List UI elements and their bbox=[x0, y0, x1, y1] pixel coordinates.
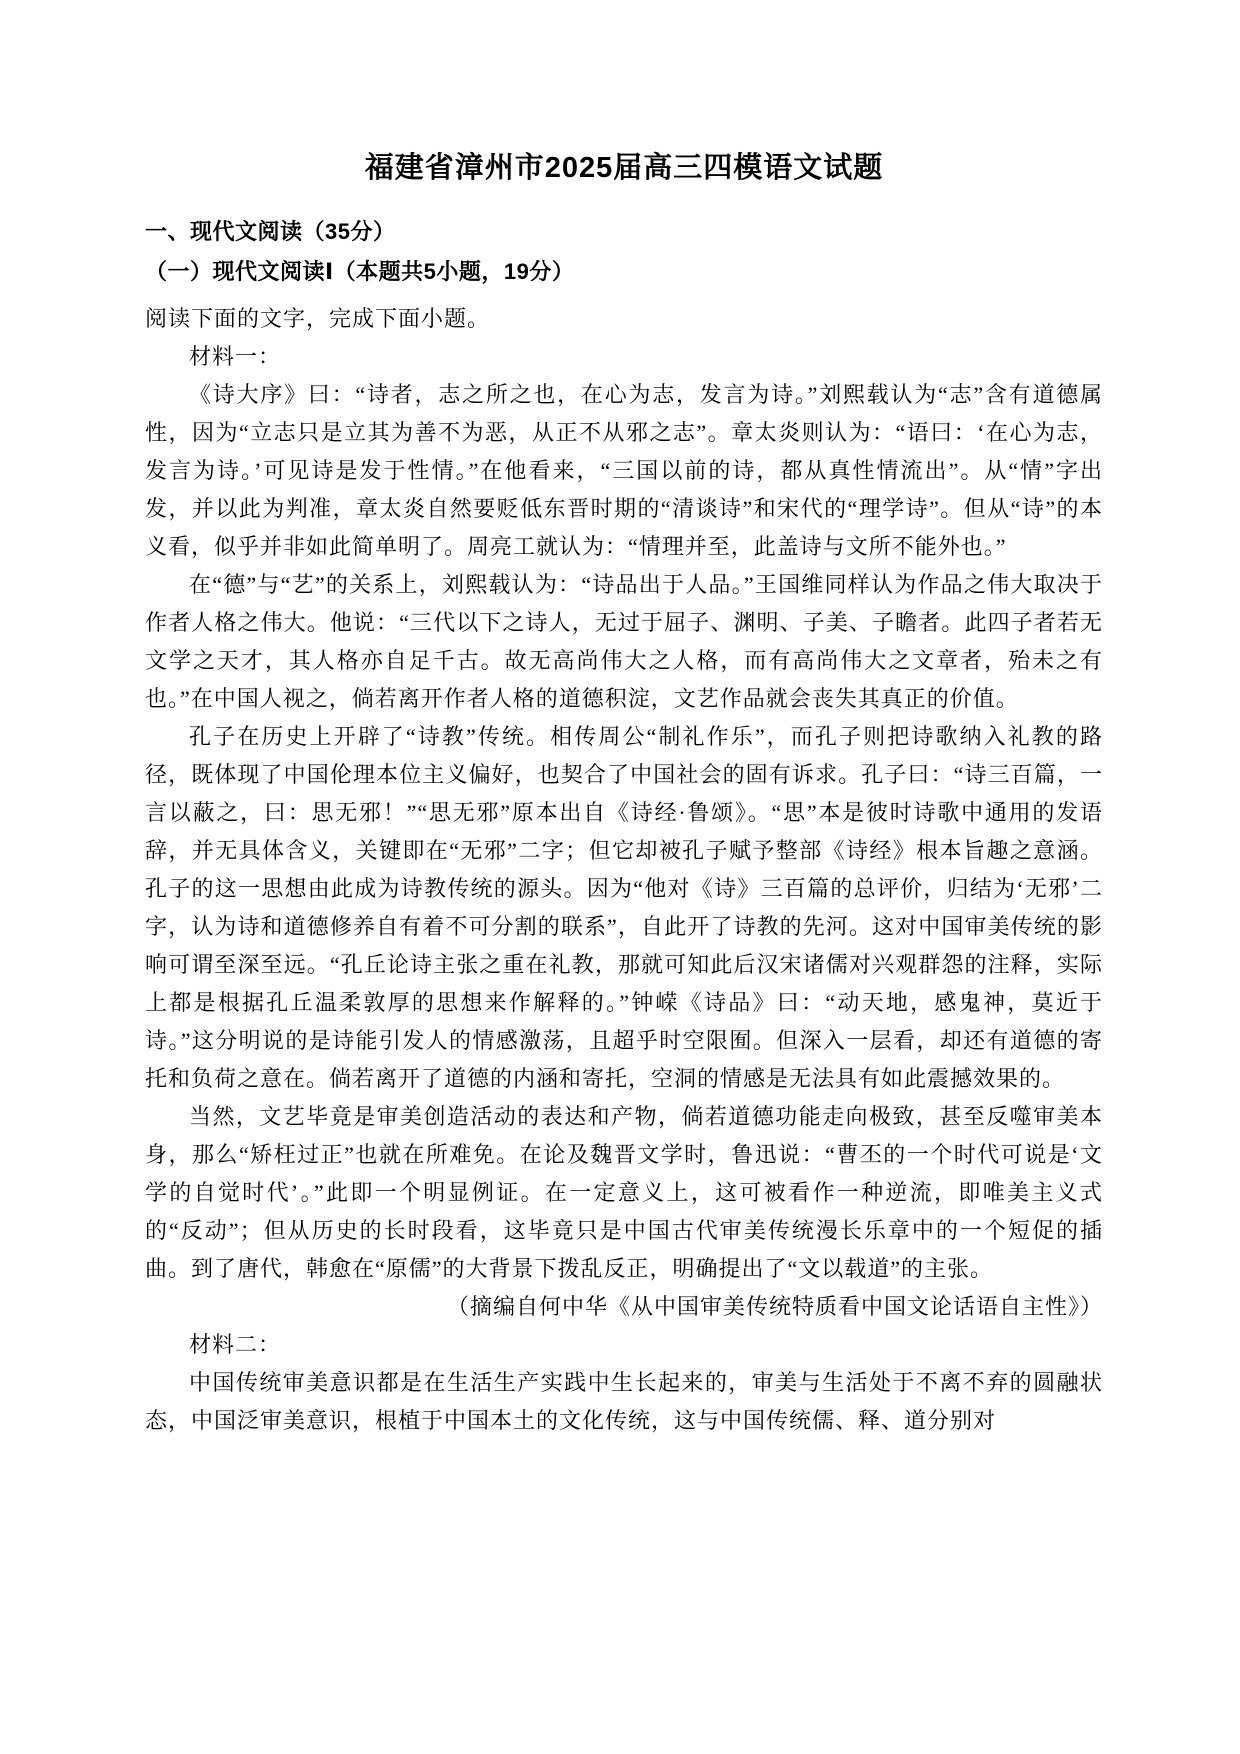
material-2-label: 材料二： bbox=[145, 1326, 1103, 1364]
material-1-paragraph-2: 在“德”与“艺”的关系上，刘熙载认为：“诗品出于人品。”王国维同样认为作品之伟大… bbox=[145, 566, 1103, 718]
material-2-paragraph-1: 中国传统审美意识都是在生活生产实践中生长起来的，审美与生活处于不离不弃的圆融状态… bbox=[145, 1364, 1103, 1440]
material-1-paragraph-1: 《诗大序》曰：“诗者，志之所之也，在心为志，发言为诗。”刘熙载认为“志”含有道德… bbox=[145, 376, 1103, 566]
material-1-label: 材料一： bbox=[145, 338, 1103, 376]
document-body: 阅读下面的文字，完成下面小题。 材料一： 《诗大序》曰：“诗者，志之所之也，在心… bbox=[145, 300, 1103, 1440]
material-1-paragraph-3: 孔子在历史上开辟了“诗教”传统。相传周公“制礼作乐”，而孔子则把诗歌纳入礼教的路… bbox=[145, 718, 1103, 1098]
subsection-heading-modern-reading-1: （一）现代文阅读Ⅰ（本题共5小题，19分） bbox=[145, 252, 1103, 292]
material-1-citation: （摘编自何中华《从中国审美传统特质看中国文论话语自主性》） bbox=[145, 1288, 1103, 1326]
material-1-paragraph-4: 当然，文艺毕竟是审美创造活动的表达和产物，倘若道德功能走向极致，甚至反噬审美本身… bbox=[145, 1098, 1103, 1288]
exam-paper-page: 福建省漳州市2025届高三四模语文试题 一、现代文阅读（35分） （一）现代文阅… bbox=[0, 0, 1240, 1754]
section-heading-modern-reading: 一、现代文阅读（35分） bbox=[145, 212, 1103, 252]
document-title: 福建省漳州市2025届高三四模语文试题 bbox=[145, 150, 1103, 186]
instruction-line: 阅读下面的文字，完成下面小题。 bbox=[145, 300, 1103, 338]
